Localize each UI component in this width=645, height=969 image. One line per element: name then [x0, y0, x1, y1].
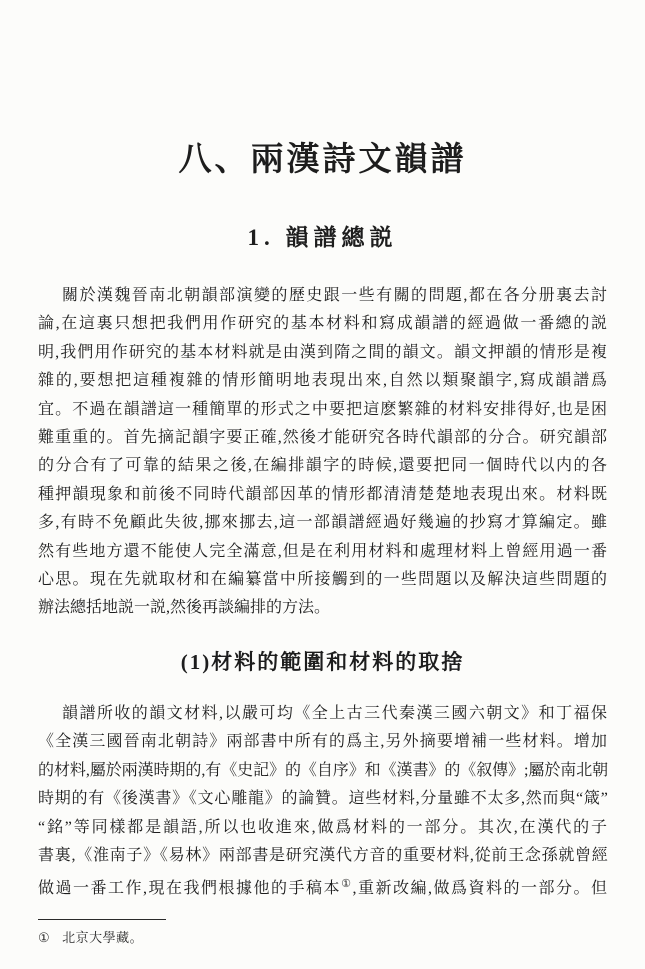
footnote-marker: ① [38, 930, 50, 945]
subsection-heading: (1)材料的範圍和材料的取捨 [38, 650, 607, 675]
text-line: 種押韻現象和前後不同時代韻部因革的情形都清清楚楚地表現出來。材料既 [38, 481, 607, 509]
text-line: 論,在這裏只想把我們用作研究的基本材料和寫成韻譜的經過做一番總的説 [38, 310, 607, 338]
text-line: 明,我們用作研究的基本材料就是由漢到隋之間的韻文。韻文押韻的情形是複 [38, 339, 607, 367]
text-segment: 做過一番工作,現在我們根據他的手稿本 [38, 880, 341, 897]
text-line: 韻譜所收的韻文材料,以嚴可均《全上古三代秦漢三國六朝文》和丁福保 [38, 700, 607, 728]
text-line: 辦法總括地説一説,然後再談編排的方法。 [38, 594, 607, 622]
text-line: “銘”等同樣都是韻語,所以也收進來,做爲材料的一部分。其次,在漢代的子 [38, 814, 607, 842]
text-segment: ,重新改編,做爲資料的一部分。但 [352, 880, 607, 897]
text-line: 宜。不過在韻譜這一種簡單的形式之中要把這麽繁雜的材料安排得好,也是困 [38, 396, 607, 424]
paragraph-1: 關於漢魏晉南北朝韻部演變的歷史跟一些有關的問題,都在各分册裏去討 論,在這裏只想… [38, 282, 607, 623]
text-line: 多,有時不免顧此失彼,挪來挪去,這一部韻譜經過好幾遍的抄寫才算編定。雖 [38, 509, 607, 537]
text-line: 難重重的。首先摘記韻字要正確,然後才能研究各時代韻部的分合。研究韻部 [38, 424, 607, 452]
chapter-title: 八、兩漢詩文韻譜 [38, 140, 607, 180]
section-heading: 1. 韻譜總説 [38, 224, 607, 252]
text-line: 然有些地方還不能使人完全滿意,但是在利用材料和處理材料上曾經用過一番 [38, 538, 607, 566]
text-line: 關於漢魏晉南北朝韻部演變的歷史跟一些有關的問題,都在各分册裏去討 [38, 282, 607, 310]
footnote-reference: ① [341, 878, 352, 890]
paragraph-2: 韻譜所收的韻文材料,以嚴可均《全上古三代秦漢三國六朝文》和丁福保 《全漢三國晉南… [38, 700, 607, 904]
footnote-text: 北京大學藏。 [62, 930, 143, 945]
footnote-area: ①北京大學藏。 [38, 919, 607, 947]
text-line: 的分合有了可靠的結果之後,在編排韻字的時候,還要把同一個時代以内的各 [38, 452, 607, 480]
text-line: 《全漢三國晉南北朝詩》兩部書中所有的爲主,另外摘要增補一些材料。增加 [38, 728, 607, 756]
footnote: ①北京大學藏。 [38, 929, 607, 947]
document-page: 八、兩漢詩文韻譜 1. 韻譜總説 關於漢魏晉南北朝韻部演變的歷史跟一些有關的問題… [0, 0, 645, 969]
footnote-divider [38, 919, 166, 920]
text-line: 雜的,要想把這種複雜的情形簡明地表現出來,自然以類聚韻字,寫成韻譜爲 [38, 367, 607, 395]
text-line-with-footnote-ref: 做過一番工作,現在我們根據他的手稿本①,重新改編,做爲資料的一部分。但 [38, 870, 607, 903]
text-line: 心思。現在先就取材和在編纂當中所接觸到的一些問題以及解決這些問題的 [38, 566, 607, 594]
text-line: 書裏,《淮南子》《易林》兩部書是研究漢代方音的重要材料,從前王念孫就曾經 [38, 842, 607, 870]
text-line: 時期的有《後漢書》《文心雕龍》的論贊。這些材料,分量雖不太多,然而與“箴” [38, 785, 607, 813]
text-line: 的材料,屬於兩漢時期的,有《史記》的《自序》和《漢書》的《叙傳》;屬於南北朝 [38, 757, 607, 785]
